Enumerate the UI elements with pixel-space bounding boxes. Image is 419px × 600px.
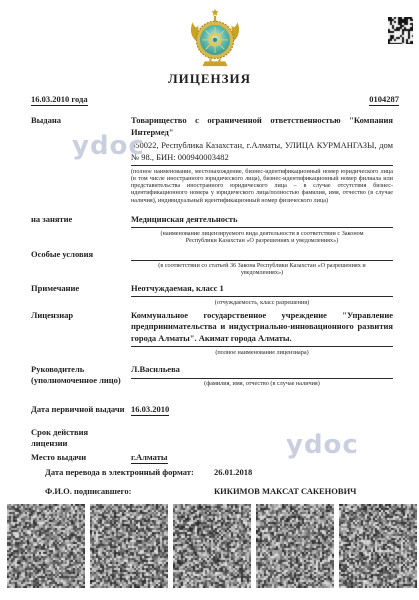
field-label-remark: Примечание — [31, 283, 131, 294]
barcode-block — [7, 504, 85, 588]
field-row-activity: на занятие Медицинская деятельность (наи… — [31, 214, 393, 245]
kazakhstan-emblem-icon — [187, 8, 243, 70]
field-row-remark: Примечание Неотчуждаемая, класс 1 (отчуж… — [31, 283, 393, 306]
field-label-electronic-date: Дата перевода в электронный формат: — [45, 467, 214, 478]
divider — [131, 165, 393, 166]
field-note-issued-to: (полное наименование, местонахождение, б… — [131, 168, 393, 204]
barcode-strip — [7, 504, 417, 588]
field-label-licensor: Лицензиар — [31, 310, 131, 321]
field-note-activity: (наименование лицензируемого вида деятел… — [131, 230, 393, 245]
issue-date: 16.03.2010 года — [31, 94, 88, 106]
watermark: ydoc — [286, 430, 359, 460]
field-label-issued-to: Выдана — [31, 115, 131, 126]
field-value-licensor: Коммунальное государственное учреждение … — [131, 310, 393, 345]
qr-code-icon — [388, 17, 413, 44]
field-value-issue-place: г.Алматы — [131, 452, 168, 464]
divider — [131, 227, 393, 228]
page-title: ЛИЦЕНЗИЯ — [0, 71, 419, 87]
field-label-issue-place: Место выдачи — [31, 452, 131, 463]
field-row-head: Руководитель (уполномоченное лицо) Л.Вас… — [31, 364, 393, 387]
field-label-head: Руководитель (уполномоченное лицо) — [31, 364, 131, 386]
field-value-head: Л.Васильева — [131, 364, 393, 376]
license-number: 0104287 — [369, 94, 399, 106]
barcode-block — [256, 504, 334, 588]
field-note-head: (фамилия, имя, отчество (в случае наличи… — [131, 380, 393, 387]
field-value-electronic-date: 26.01.2018 — [214, 467, 393, 479]
divider — [131, 296, 393, 297]
field-row-first-issue-date: Дата первичной выдачи 16.03.2010 — [31, 404, 393, 416]
field-value-first-issue-date: 16.03.2010 — [131, 404, 169, 416]
barcode-block — [173, 504, 251, 588]
barcode-block — [90, 504, 168, 588]
barcode-block — [339, 504, 417, 588]
field-label-first-issue-date: Дата первичной выдачи — [31, 404, 131, 415]
field-label-signer: Ф.И.О. подписавшего: — [45, 486, 214, 497]
field-row-signer: Ф.И.О. подписавшего: КИКИМОВ МАКСАТ САКЕ… — [31, 486, 393, 498]
field-row-electronic-date: Дата перевода в электронный формат: 26.0… — [31, 467, 393, 479]
meta-row: 16.03.2010 года 0104287 — [31, 94, 399, 106]
field-row-licensor: Лицензиар Коммунальное государственное у… — [31, 310, 393, 356]
field-label-special-conditions: Особые условия — [31, 249, 131, 260]
field-value-issued-to: Товарищество с ограниченной ответственно… — [131, 115, 393, 138]
license-document: ЛИЦЕНЗИЯ 16.03.2010 года 0104287 Выдана … — [0, 0, 419, 600]
field-value-special-conditions — [131, 249, 393, 258]
field-label-activity: на занятие — [31, 214, 131, 225]
divider — [131, 260, 393, 261]
field-value-activity: Медицинская деятельность — [131, 214, 393, 226]
field-note-remark: (отчуждаемость, класс разрешения) — [131, 299, 393, 306]
field-note-licensor: (полное наименование лицензиара) — [131, 349, 393, 356]
field-address-issued-to: 050022, Республика Казахстан, г.Алматы, … — [131, 140, 393, 163]
field-note-special-conditions: (в соответствии со статьей 36 Закона Рес… — [131, 262, 393, 277]
field-row-special-conditions: Особые условия (в соответствии со статье… — [31, 249, 393, 277]
divider — [131, 378, 393, 379]
field-label-validity: Срок действия лицензии — [31, 427, 95, 449]
field-value-signer: КИКИМОВ МАКСАТ САКЕНОВИЧ — [214, 486, 393, 498]
field-value-remark: Неотчуждаемая, класс 1 — [131, 283, 393, 295]
divider — [131, 346, 393, 347]
watermark: ydoc — [72, 131, 145, 161]
